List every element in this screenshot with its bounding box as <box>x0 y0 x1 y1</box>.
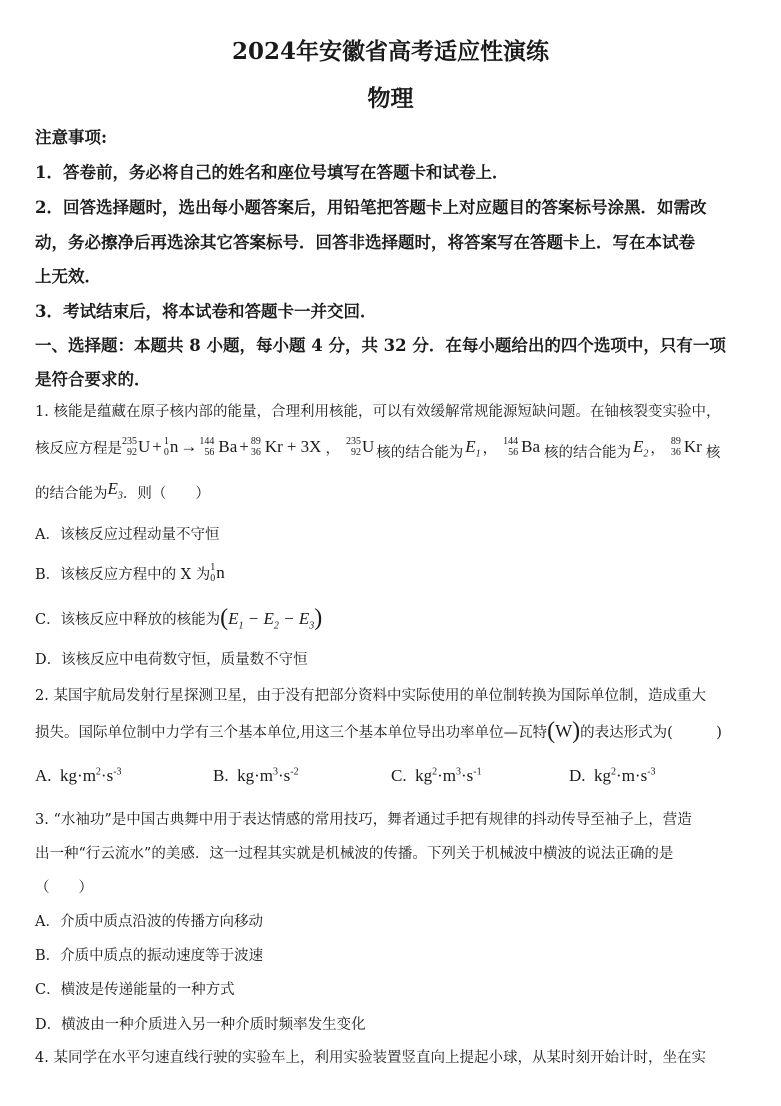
q3-stem-line1: 3. “水袖功”是中国古典舞中用于表达情感的常用技巧，舞者通过手把有规律的抖动传… <box>35 808 692 829</box>
section-heading-cont: 是符合要求的． <box>35 366 151 390</box>
released-energy-expression: E1 − E2 − E3 <box>228 609 314 629</box>
q2-option-c: C. kg2·m3·s-1 <box>391 766 482 786</box>
e3-symbol: E3 <box>108 479 123 498</box>
exam-title: 2024年安徽省高考适应性演练 <box>0 33 781 66</box>
q1-stem-line3: 的结合能为E3．则（ ） <box>35 482 210 503</box>
exam-page: 2024年安徽省高考适应性演练 物理 注意事项: 1．答卷前，务必将自己的姓名和… <box>0 0 781 1106</box>
ba144-symbol: 14456 Ba <box>503 436 540 458</box>
q1-stem-line1: 1. 核能是蕴藏在原子核内部的能量，合理利用核能，可以有效缓解常规能源短缺问题。… <box>35 400 720 421</box>
q1-option-b: B．该核反应方程中的 X 为 10 n <box>35 562 225 584</box>
q2-stem-line2: 损失。国际单位制中力学有三个基本单位,用这三个基本单位导出功率单位—瓦特 (W)… <box>35 718 722 745</box>
kr89-symbol: 8936 Kr <box>671 436 702 458</box>
e2-symbol: E2 <box>633 437 648 457</box>
q1-option-d: D．该核反应中电荷数守恒，质量数不守恒 <box>35 648 308 669</box>
q1-option-c: C．该核反应中释放的核能为 ( E1 − E2 − E3 ) <box>35 605 322 632</box>
q3-option-d: D．横波由一种介质进入另一种介质时频率发生变化 <box>35 1013 366 1034</box>
q3-stem-line2: 出一种“行云流水”的美感．这一过程其实就是机械波的传播。下列关于机械波中横波的说… <box>35 842 673 863</box>
q2-option-d: D. kg2·m·s-3 <box>569 766 656 786</box>
q3-stem-line3: （ ） <box>35 876 93 897</box>
q2-option-b: B. kg·m3·s-2 <box>213 766 299 786</box>
q2-option-a: A. kg·m2·s-3 <box>35 766 122 786</box>
notice-item-2: 2．回答选择题时，选出每小题答案后，用铅笔把答题卡上对应题目的答案标号涂黑．如需… <box>35 194 706 218</box>
exam-subject: 物理 <box>0 80 781 113</box>
q4-stem-line1: 4. 某同学在水平匀速直线行驶的实验车上，利用实验装置竖直向上提起小球，从某时刻… <box>35 1046 706 1067</box>
q1-eq-prefix: 核反应方程是 <box>35 437 122 458</box>
section-heading: 一、选择题：本题共 8 小题，每小题 4 分，共 32 分．在每小题给出的四个选… <box>35 332 726 356</box>
notice-item-2-cont: 动，务必擦净后再选涂其它答案标号．回答非选择题时，将答案写在答题卡上．写在本试卷 <box>35 229 695 253</box>
q1-option-a: A．该核反应过程动量不守恒 <box>35 523 219 544</box>
u235-symbol: 23592 U <box>346 436 374 458</box>
q3-option-a: A．介质中质点沿波的传播方向移动 <box>35 910 263 931</box>
notice-item-1: 1．答卷前，务必将自己的姓名和座位号填写在答题卡和试卷上． <box>35 159 508 183</box>
notice-heading: 注意事项: <box>35 124 107 148</box>
q3-option-c: C．横波是传递能量的一种方式 <box>35 978 235 999</box>
q3-option-b: B．介质中质点的振动速度等于波速 <box>35 944 263 965</box>
q2-stem-line1: 2. 某国宇航局发射行星探测卫星，由于没有把部分资料中实际使用的单位制转换为国际… <box>35 684 706 705</box>
notice-item-2-end: 上无效． <box>35 263 101 287</box>
nuclear-equation: 23592 U + 10 n → 14456 Ba + 8936 Kr + 3X <box>122 436 321 458</box>
e1-symbol: E1 <box>465 437 480 457</box>
notice-item-3: 3．考试结束后，将本试卷和答题卡一并交回． <box>35 298 376 322</box>
q1-stem-line2: 核反应方程是 23592 U + 10 n → 14456 Ba + 8936 … <box>35 436 720 458</box>
